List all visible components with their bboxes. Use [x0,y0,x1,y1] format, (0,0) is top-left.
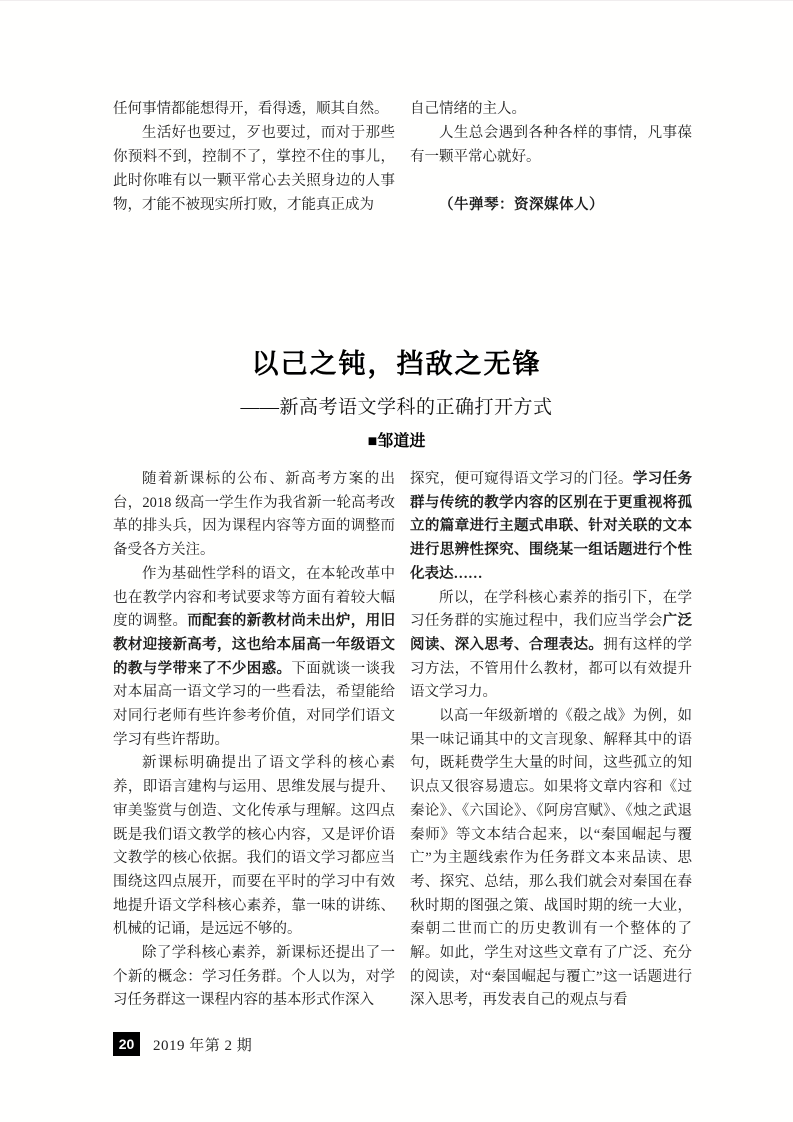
article-author: ■邹道进 [0,428,793,451]
paragraph: 新课标明确提出了语文学科的核心素养，即语言建构与运用、思维发展与提升、审美鉴赏与… [113,752,395,942]
paragraph: 探究，便可窥得语文学习的门径。学习任务群与传统的教学内容的区别在于更重视将孤立的… [410,468,692,587]
attribution-line: （牛弹琴：资深媒体人） [410,193,692,217]
text-run: 探究，便可窥得语文学习的门径。 [410,471,633,487]
top-left-column: 任何事情都能想得开，看得透，顺其自然。生活好也要过，歹也要过，而对于那些你预料不… [113,97,395,217]
previous-article-ending: 任何事情都能想得开，看得透，顺其自然。生活好也要过，歹也要过，而对于那些你预料不… [113,97,692,217]
paragraph: 以高一年级新增的《殽之战》为例，如果一味记诵其中的文言现象、解释其中的语句，既耗… [410,705,692,1013]
article-header: 以己之钝，挡敌之无锋 ——新高考语文学科的正确打开方式 ■邹道进 [0,342,793,451]
paragraph: 除了学科核心素养，新课标还提出了一个新的概念：学习任务群。个人以为，对学习任务群… [113,942,395,1013]
bold-text-run: （牛弹琴：资深媒体人） [439,197,604,213]
page-footer: 20 2019 年第 2 期 [113,1032,252,1056]
paragraph: 人生总会遇到各种各样的事情，凡事葆有一颗平常心就好。 [410,121,692,169]
text-run: 自己情绪的主人。 [410,101,526,117]
paragraph: 生活好也要过，歹也要过，而对于那些你预料不到，控制不了，掌控不住的事儿，此时你唯… [113,121,395,217]
text-run: 新课标明确提出了语文学科的核心素养，即语言建构与运用、思维发展与提升、审美鉴赏与… [113,755,395,937]
page-number-badge: 20 [113,1032,140,1056]
paragraph: 作为基础性学科的语文，在本轮改革中也在教学内容和考试要求等方面有着较大幅度的调整… [113,563,395,753]
article-left-column: 随着新课标的公布、新高考方案的出台，2018 级高一学生作为我省新一轮高考改革的… [113,468,395,1013]
text-run: 随着新课标的公布、新高考方案的出台，2018 级高一学生作为我省新一轮高考改革的… [113,471,395,558]
article-body: 随着新课标的公布、新高考方案的出台，2018 级高一学生作为我省新一轮高考改革的… [113,468,692,1013]
article-subtitle: ——新高考语文学科的正确打开方式 [0,392,793,419]
magazine-page: 任何事情都能想得开，看得透，顺其自然。生活好也要过，歹也要过，而对于那些你预料不… [0,0,793,1122]
issue-label: 2019 年第 2 期 [153,1034,252,1055]
text-run: 生活好也要过，歹也要过，而对于那些你预料不到，控制不了，掌控不住的事儿，此时你唯… [113,125,395,213]
text-run: 人生总会遇到各种各样的事情，凡事葆有一颗平常心就好。 [410,125,692,165]
top-right-column: 自己情绪的主人。人生总会遇到各种各样的事情，凡事葆有一颗平常心就好。（牛弹琴：资… [410,97,692,217]
bold-text-run: 学习任务群与传统的教学内容的区别在于更重视将孤立的篇章进行主题式串联、针对关联的… [410,471,692,582]
paragraph: 所以，在学科核心素养的指引下，在学习任务群的实施过程中，我们应当学会广泛阅读、深… [410,587,692,706]
article-right-column: 探究，便可窥得语文学习的门径。学习任务群与传统的教学内容的区别在于更重视将孤立的… [410,468,692,1013]
text-run: 任何事情都能想得开，看得透，顺其自然。 [113,101,389,117]
paragraph: 自己情绪的主人。 [410,97,692,121]
article-title: 以己之钝，挡敌之无锋 [0,342,793,381]
text-run: 所以，在学科核心素养的指引下，在学习任务群的实施过程中，我们应当学会 [410,590,692,630]
paragraph: 随着新课标的公布、新高考方案的出台，2018 级高一学生作为我省新一轮高考改革的… [113,468,395,563]
text-run: 以高一年级新增的《殽之战》为例，如果一味记诵其中的文言现象、解释其中的语句，既耗… [410,708,692,1008]
text-run: 除了学科核心素养，新课标还提出了一个新的概念：学习任务群。个人以为，对学习任务群… [113,945,395,1008]
paragraph: 任何事情都能想得开，看得透，顺其自然。 [113,97,395,121]
